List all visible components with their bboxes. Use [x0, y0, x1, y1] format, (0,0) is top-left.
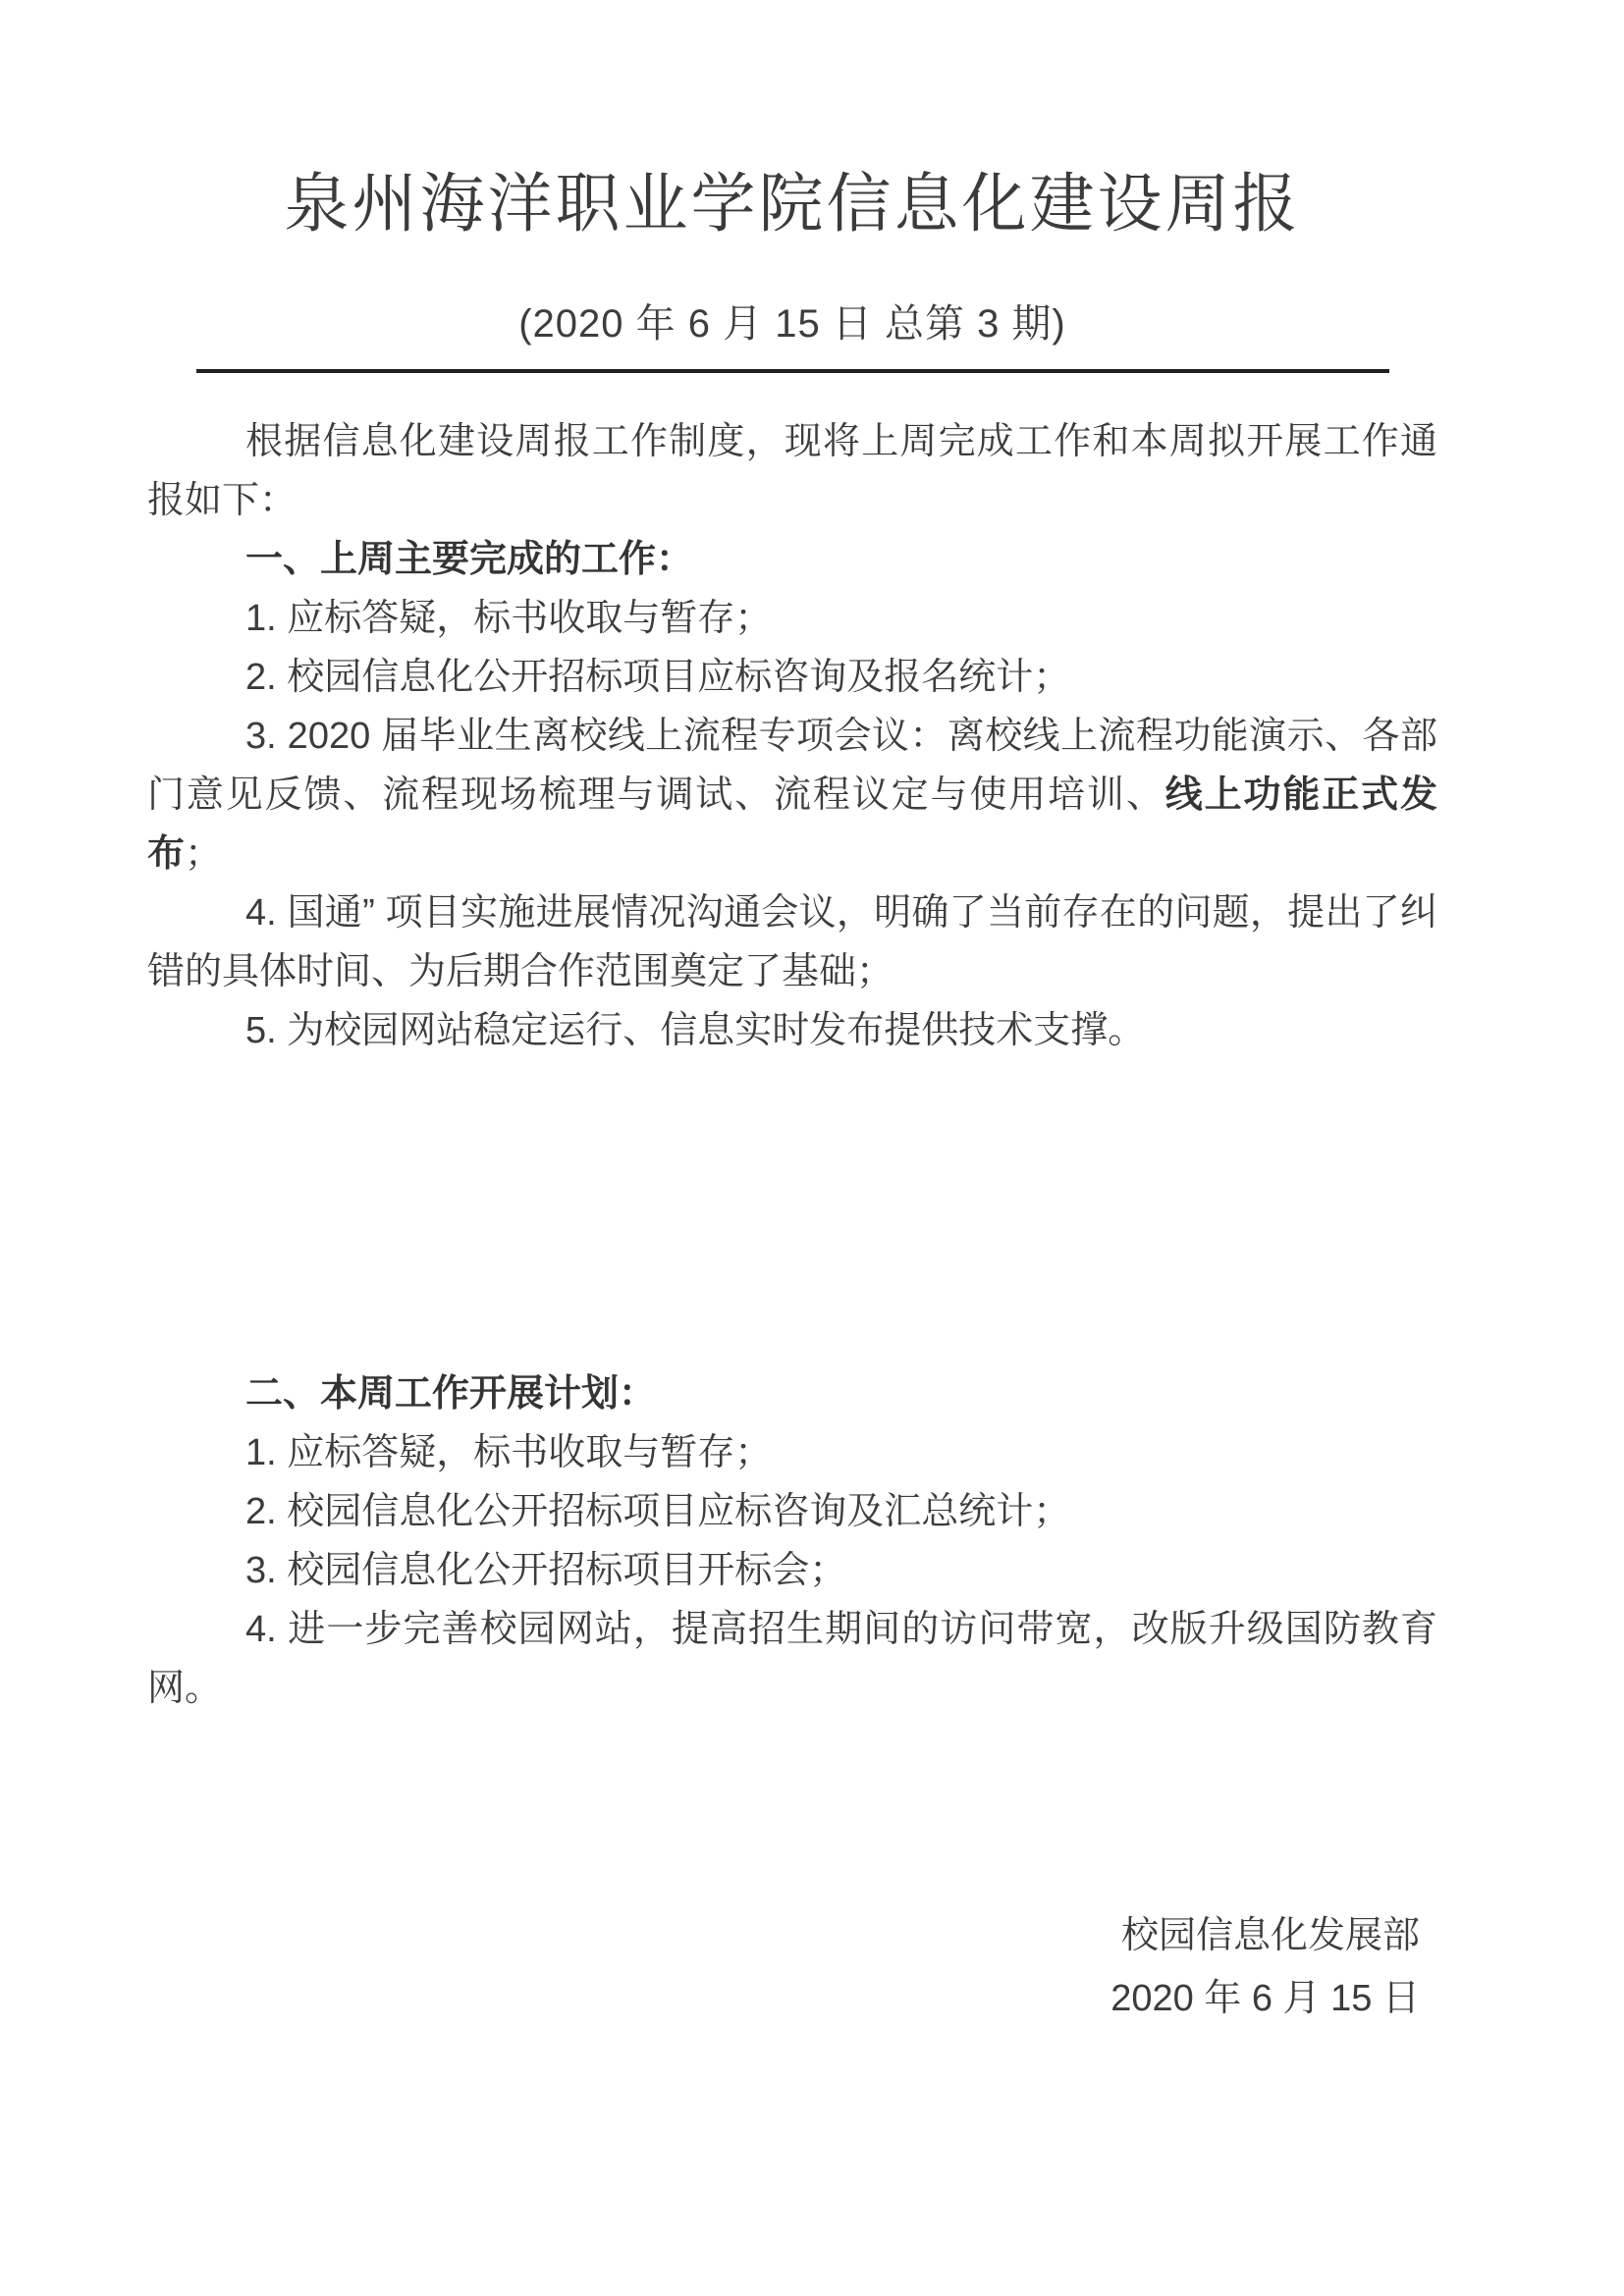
section1-item-4: 4. 国通” 项目实施进展情况沟通会议，明确了当前存在的问题，提出了纠错的具体时…: [147, 883, 1437, 1001]
signature-date: 2020 年 6 月 15 日: [147, 1967, 1420, 2030]
section2-item-4: 4. 进一步完善校园网站，提高招生期间的访问带宽，改版升级国防教育网。: [147, 1600, 1437, 1718]
intro-paragraph: 根据信息化建设周报工作制度，现将上周完成工作和本周拟开展工作通报如下：: [147, 412, 1437, 530]
item-text: ；: [185, 833, 222, 875]
blank-gap: [147, 1718, 1437, 1904]
section1-heading: 一、上周主要完成的工作：: [147, 530, 1437, 589]
signature-block: 校园信息化发展部 2020 年 6 月 15 日: [147, 1904, 1437, 2030]
section1-item-5: 5. 为校园网站稳定运行、信息实时发布提供技术支撑。: [147, 1001, 1437, 1060]
section2-item-3: 3. 校园信息化公开招标项目开标会；: [147, 1541, 1437, 1600]
section1-item-1: 1. 应标答疑，标书收取与暂存；: [147, 589, 1437, 648]
title-divider: [196, 369, 1389, 373]
page-title: 泉州海洋职业学院信息化建设周报: [147, 0, 1437, 241]
section1-item-3: 3. 2020 届毕业生离校线上流程专项会议：离校线上流程功能演示、各部门意见反…: [147, 707, 1437, 883]
section2-item-2: 2. 校园信息化公开招标项目应标咨询及汇总统计；: [147, 1482, 1437, 1541]
blank-gap: [147, 1060, 1437, 1364]
document-page: 泉州海洋职业学院信息化建设周报 (2020 年 6 月 15 日 总第 3 期)…: [0, 0, 1624, 2296]
issue-date-line: (2020 年 6 月 15 日 总第 3 期): [147, 302, 1437, 346]
signature-department: 校园信息化发展部: [147, 1904, 1420, 1967]
section2-item-1: 1. 应标答疑，标书收取与暂存；: [147, 1423, 1437, 1482]
section1-item-2: 2. 校园信息化公开招标项目应标咨询及报名统计；: [147, 648, 1437, 707]
report-body: 根据信息化建设周报工作制度，现将上周完成工作和本周拟开展工作通报如下： 一、上周…: [147, 412, 1437, 2030]
section2-heading: 二、本周工作开展计划：: [147, 1364, 1437, 1423]
